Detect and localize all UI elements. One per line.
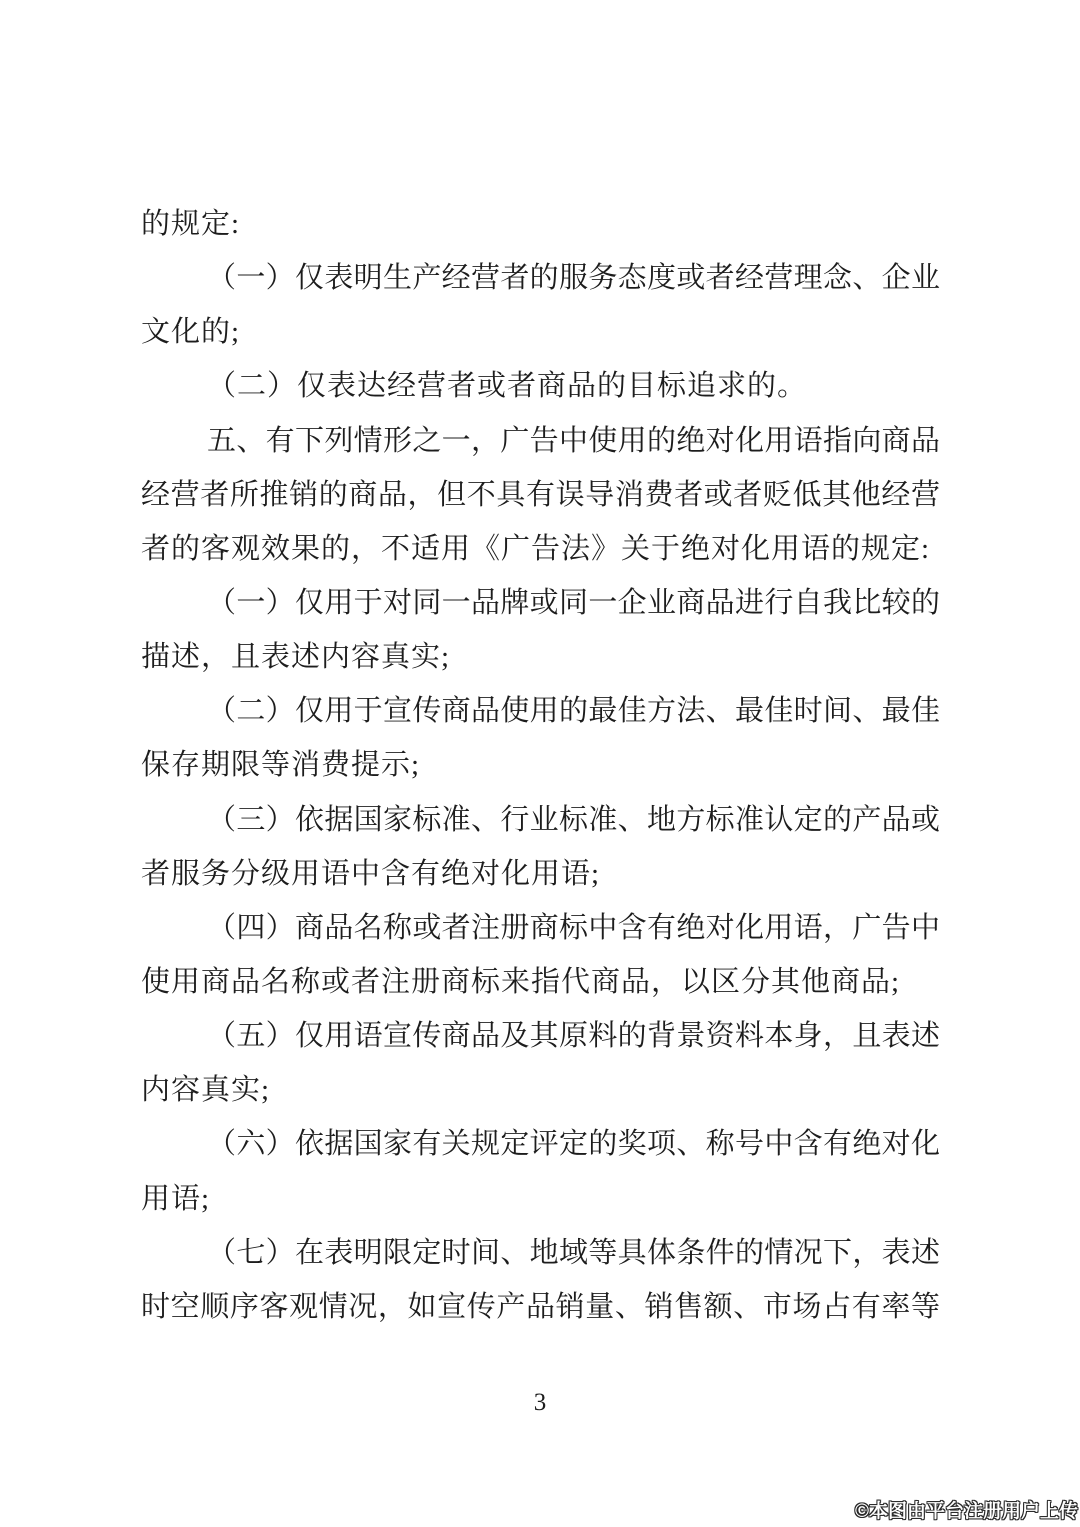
text-line: 描述，且表述内容真实; xyxy=(141,630,940,684)
text-line: （二）仅表达经营者或者商品的目标追求的。 xyxy=(141,359,940,413)
text-line: 文化的; xyxy=(141,305,940,359)
text-line: （二）仅用于宣传商品使用的最佳方法、最佳时间、最佳 xyxy=(141,684,940,738)
text-line: 五、有下列情形之一，广告中使用的绝对化用语指向商品 xyxy=(141,414,940,468)
text-line: 保存期限等消费提示; xyxy=(141,738,940,792)
text-line: （七）在表明限定时间、地域等具体条件的情况下，表述 xyxy=(141,1226,940,1280)
text-line: （一）仅表明生产经营者的服务态度或者经营理念、企业 xyxy=(141,251,940,305)
text-line: 时空顺序客观情况，如宣传产品销量、销售额、市场占有率等 xyxy=(141,1280,940,1334)
text-line: （三）依据国家标准、行业标准、地方标准认定的产品或 xyxy=(141,793,940,847)
document-body-text: 的规定:（一）仅表明生产经营者的服务态度或者经营理念、企业文化的;（二）仅表达经… xyxy=(141,197,940,1334)
text-line: 者的客观效果的，不适用《广告法》关于绝对化用语的规定: xyxy=(141,522,940,576)
text-line: 的规定: xyxy=(141,197,940,251)
text-line: 使用商品名称或者注册商标来指代商品，以区分其他商品; xyxy=(141,955,940,1009)
text-line: （四）商品名称或者注册商标中含有绝对化用语，广告中 xyxy=(141,901,940,955)
text-line: 用语; xyxy=(141,1172,940,1226)
page-number: 3 xyxy=(0,1388,1080,1418)
text-line: 者服务分级用语中含有绝对化用语; xyxy=(141,847,940,901)
text-line: （六）依据国家有关规定评定的奖项、称号中含有绝对化 xyxy=(141,1117,940,1171)
watermark-text: ©本图由平台注册用户上传 xyxy=(855,1496,1078,1523)
text-line: （一）仅用于对同一品牌或同一企业商品进行自我比较的 xyxy=(141,576,940,630)
text-line: 经营者所推销的商品，但不具有误导消费者或者贬低其他经营 xyxy=(141,468,940,522)
text-line: 内容真实; xyxy=(141,1063,940,1117)
text-line: （五）仅用语宣传商品及其原料的背景资料本身，且表述 xyxy=(141,1009,940,1063)
document-page: 的规定:（一）仅表明生产经营者的服务态度或者经营理念、企业文化的;（二）仅表达经… xyxy=(0,0,1080,1527)
